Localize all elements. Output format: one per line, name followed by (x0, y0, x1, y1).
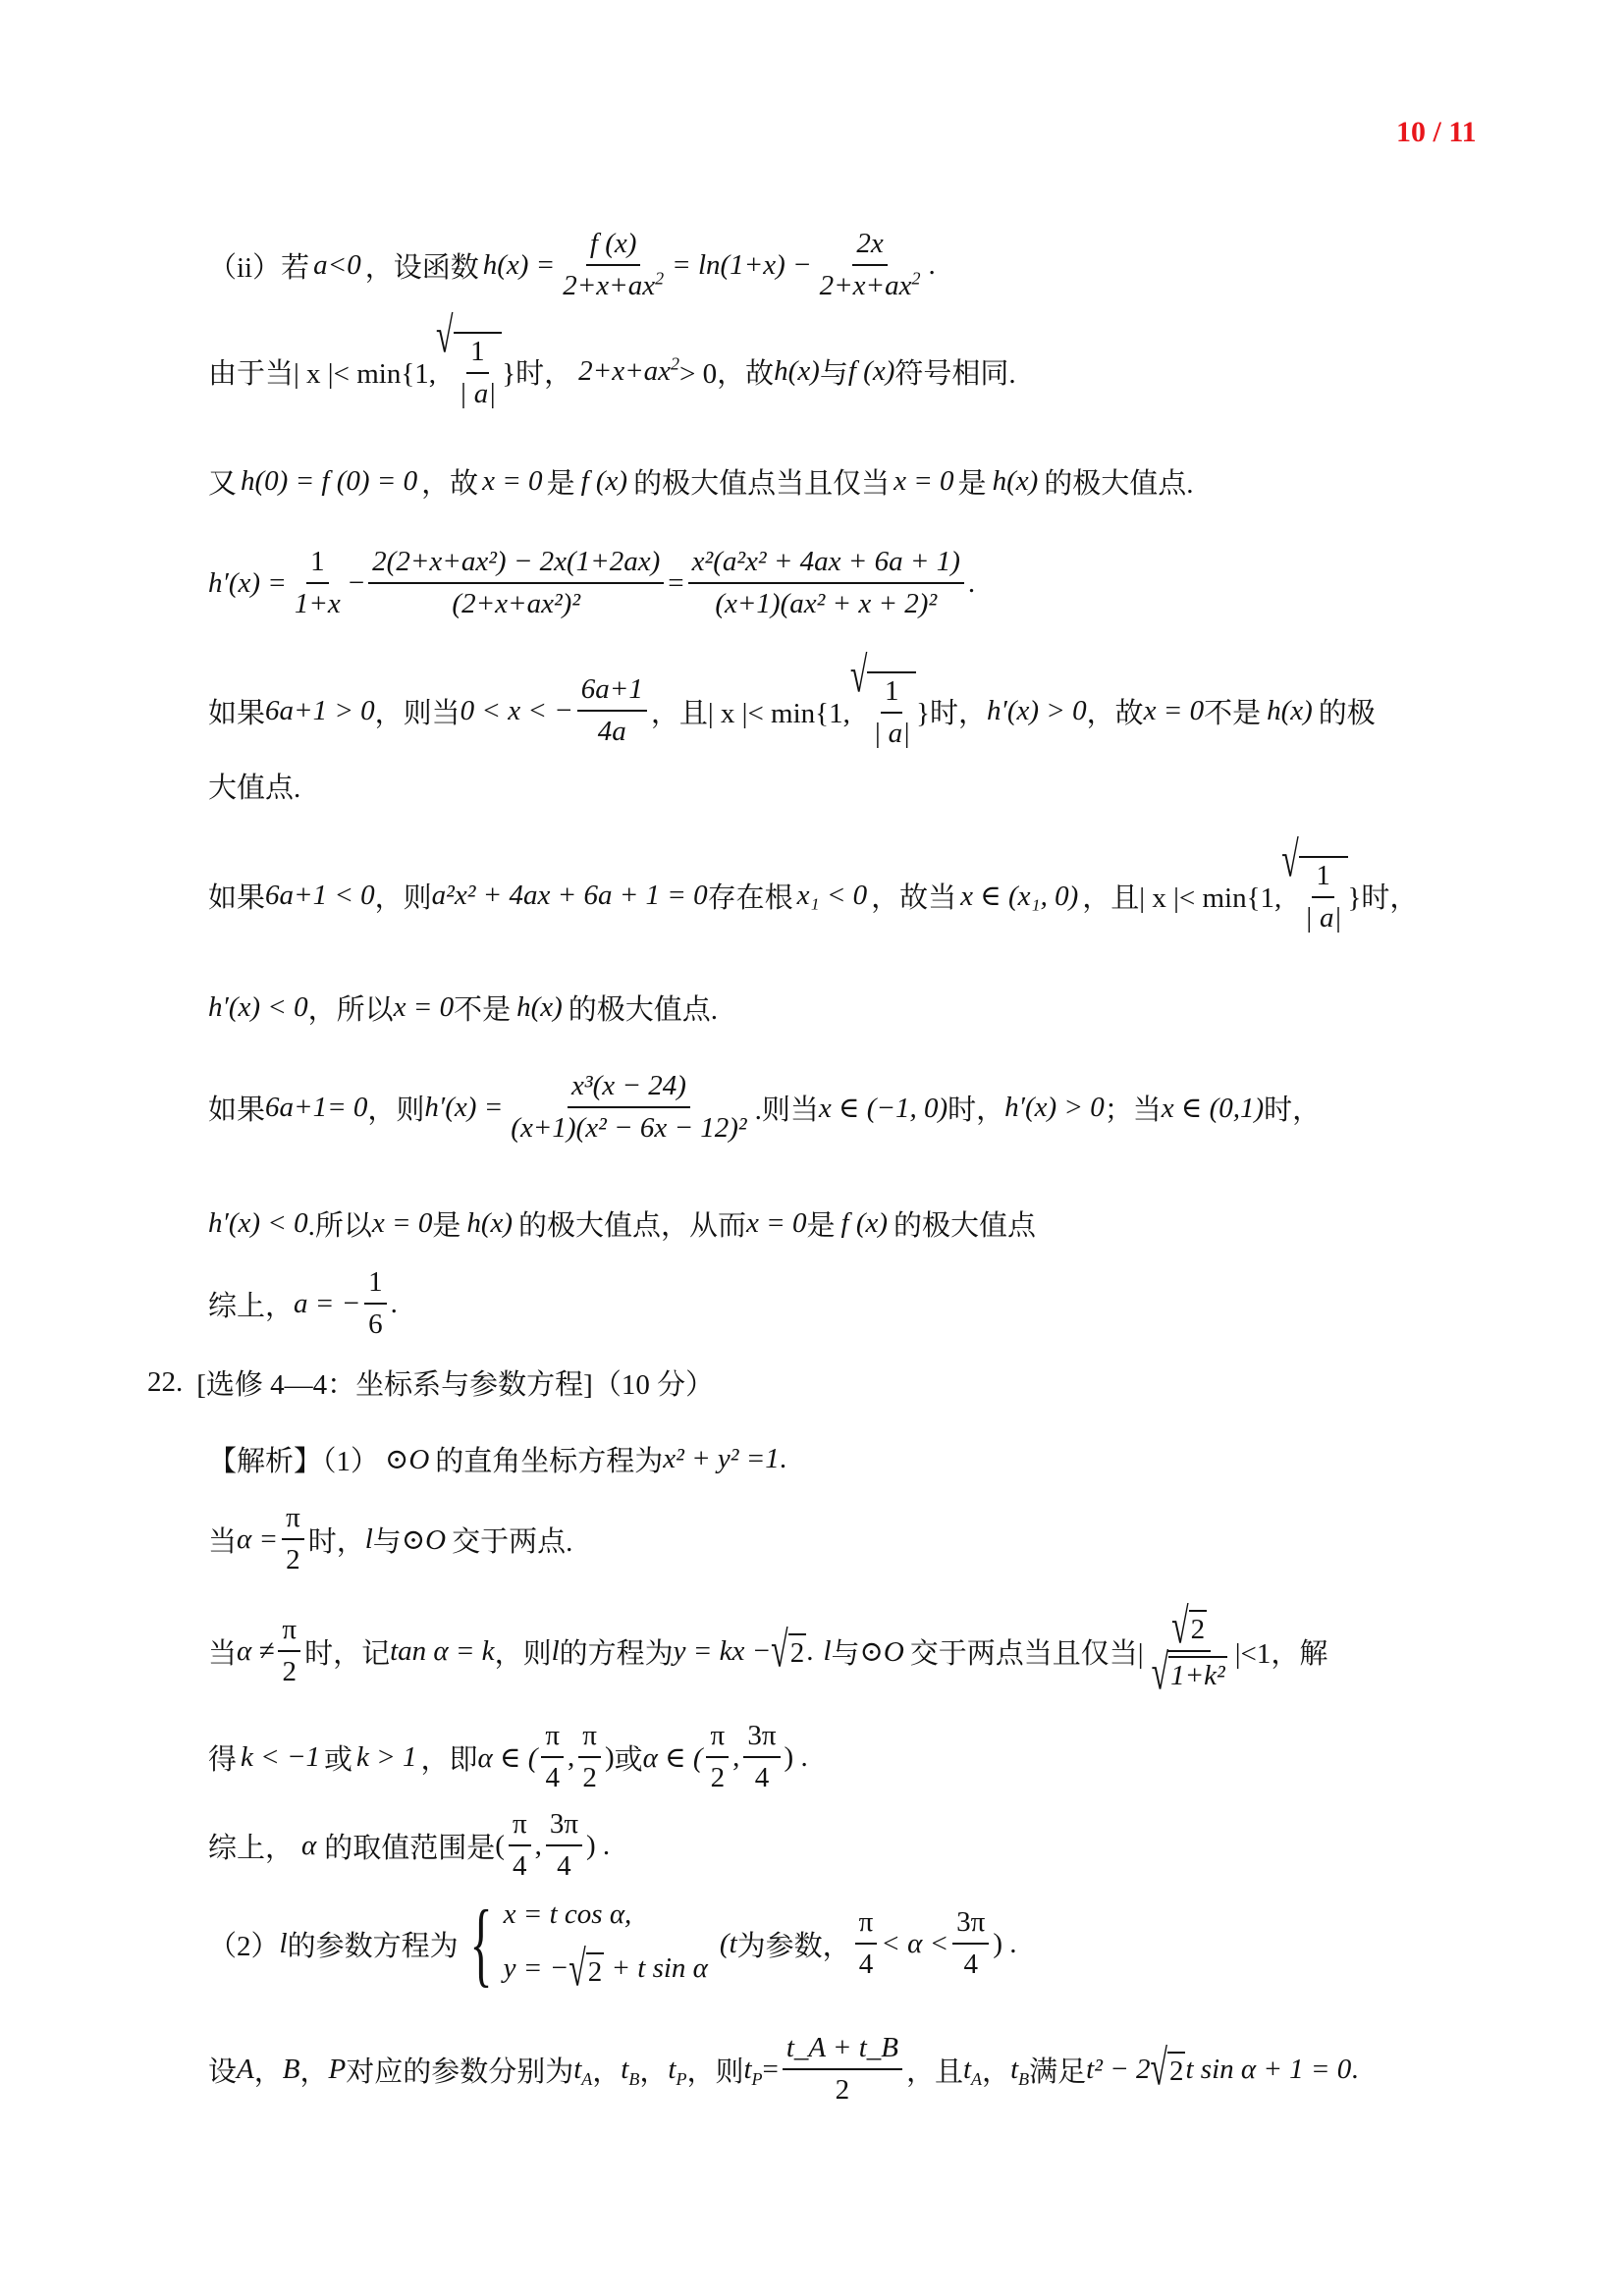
numerator: 2x (852, 228, 887, 266)
line-part1-equation: 【解析】（1） ⊙O 的直角坐标方程为 x² + y² =1 . (208, 1439, 786, 1479)
math: f (x) (848, 355, 895, 388)
math: x ∈ (x₁, 0) (960, 879, 1078, 913)
text: ，设函数 (365, 245, 479, 286)
text: 不是 (1204, 691, 1261, 731)
page-number: 10 / 11 (1396, 116, 1477, 149)
math: α (301, 1830, 316, 1862)
text: 满足 (1029, 2050, 1086, 2090)
text: 或 (615, 1737, 643, 1778)
math: l (552, 1635, 560, 1668)
math: a²x² + 4ax + 6a + 1 = 0 (432, 880, 708, 912)
line-alpha-range: 综上， α 的取值范围是 ( π4 , 3π4 ) . (208, 1808, 610, 1884)
text: 如果 (208, 1088, 265, 1128)
text: ，即 (421, 1737, 478, 1778)
text: 时， (947, 1088, 1004, 1128)
text: 的极大值点 (893, 1203, 1036, 1244)
math: x ∈ (−1, 0) (819, 1091, 947, 1125)
text: ，且| x |< min{1, (651, 691, 850, 731)
math: < α < (881, 1928, 948, 1960)
math: f (x) (581, 465, 628, 498)
question-title: [选修 4—4：坐标系与参数方程]（10 分） (196, 1362, 714, 1403)
math: h′(x) = (208, 567, 287, 600)
text: 又 (208, 461, 237, 502)
fraction: π 2 (282, 1502, 304, 1577)
text: 大值点. (208, 766, 300, 806)
line-case-negative-conclusion: h′(x) < 0 ，所以 x = 0 不是 h(x) 的极大值点. (208, 988, 718, 1028)
math: x₁ < 0 (797, 880, 868, 912)
text: （2） (208, 1924, 280, 1964)
fraction: 1 6 (364, 1266, 387, 1342)
math: f (x) (841, 1207, 889, 1240)
fraction: x²(a²x² + 4ax + 6a + 1) (x+1)(ax² + x + … (688, 546, 964, 621)
line-derivative: h′(x) = 1 1+x − 2(2+x+ax²) − 2x(1+2ax) (… (208, 546, 975, 621)
numerator: f (x) (586, 228, 641, 266)
text: ；当 (1105, 1088, 1162, 1128)
text: . (391, 1288, 398, 1320)
question-number: 22. (147, 1366, 183, 1399)
text: }时， (1348, 876, 1419, 916)
text: 的极大值点. (568, 988, 718, 1028)
text: 当 (208, 1631, 237, 1672)
text: 或 (324, 1737, 352, 1778)
math: k < −1 (241, 1741, 320, 1774)
fraction: 2x 2+x+ax2 (816, 228, 925, 303)
text: > 0，故 (679, 351, 774, 392)
text: 是 (958, 461, 987, 502)
text: 由于当| x |< min{1, (208, 351, 436, 392)
text: 对应的参数分别为 (346, 2050, 573, 2090)
text: .则当 (755, 1088, 819, 1128)
sqrt: √ 1 | a| (1281, 856, 1347, 935)
math: tA (963, 2054, 982, 2086)
text: 的极大值点. (1044, 461, 1193, 502)
math: P (328, 2054, 346, 2086)
text: 【解析】（1） (208, 1439, 379, 1479)
fraction: 3π4 (743, 1720, 780, 1795)
math: α ∈ ( (478, 1740, 538, 1775)
math: 0 < x < − (460, 695, 573, 727)
math: h(x) (993, 465, 1039, 498)
math: tB (1010, 2054, 1029, 2086)
text: 与 (373, 1520, 402, 1560)
math: x ∈ (0,1) (1162, 1091, 1264, 1125)
sqrt: √ 1 | a| (436, 332, 502, 411)
math: h′(x) > 0 (987, 695, 1087, 727)
text: 的极 (1319, 691, 1376, 731)
math: A (237, 2054, 254, 2086)
text: 时，记 (304, 1631, 390, 1672)
line-case-zero-conclusion: h′(x) < 0 .所以 x = 0 是 h(x) 的极大值点，从而 x = … (208, 1203, 1036, 1244)
math: l (280, 1928, 288, 1960)
text: 综上， (208, 1826, 294, 1866)
math: ⊙O (860, 1634, 904, 1669)
text: 当 (208, 1520, 237, 1560)
text: . (968, 567, 975, 600)
question-22-header: 22. [选修 4—4：坐标系与参数方程]（10 分） (147, 1362, 714, 1403)
math: ⊙O (402, 1522, 446, 1557)
text: 的直角坐标方程为 (435, 1439, 663, 1479)
math: h′(x) < 0 (208, 991, 308, 1024)
math: tB (621, 2054, 639, 2086)
fraction: √2 √1+k² (1148, 1610, 1231, 1693)
text: ) . (785, 1741, 808, 1774)
fraction: f (x) 2+x+ax2 (559, 228, 668, 303)
text: ，故当 (871, 876, 956, 916)
text: ，故 (421, 461, 478, 502)
text: 不是 (454, 988, 511, 1028)
math: 6a+1 < 0 (265, 880, 375, 912)
text: （ii）若 (208, 245, 309, 286)
text: . (928, 249, 935, 282)
math: x = 0 (1144, 695, 1204, 727)
math: h(0) = f (0) = 0 (241, 465, 417, 498)
sqrt: √2 (771, 1633, 806, 1670)
fraction: π2 (706, 1720, 729, 1795)
sqrt: √2 (1150, 2052, 1185, 2088)
denominator: 2+x+ax2 (816, 266, 925, 302)
text: ，且| x |< min{1, (1082, 876, 1281, 916)
math: (t (720, 1928, 737, 1960)
text: ) . (586, 1830, 610, 1862)
text: 符号相同. (894, 351, 1015, 392)
fraction: 1 1+x (291, 546, 345, 621)
fraction: 2(2+x+ax²) − 2x(1+2ax) (2+x+ax²)² (368, 546, 664, 621)
text: 综上， (208, 1284, 294, 1324)
sqrt: √ 1 | a| (850, 671, 916, 751)
line-parametric-equation: （2） l 的参数方程为 { x = t cos α, y = −√2 + t … (208, 1896, 1017, 1991)
math: h(x) = (483, 249, 556, 282)
fraction: π2 (578, 1720, 601, 1795)
math: α ∈ ( (643, 1740, 703, 1775)
math: − (349, 567, 364, 600)
text: 交于两点. (452, 1520, 572, 1560)
math: h′(x) = (424, 1092, 503, 1124)
line-parameter-roots: 设 A ， B ， P 对应的参数分别为 tA ， tB ， tP ，则 tP … (208, 2032, 1359, 2108)
math: x = 0 (394, 991, 454, 1024)
text: 得 (208, 1737, 237, 1778)
fraction: 1 | a| (456, 336, 501, 411)
fraction: t_A + t_B2 (783, 2032, 902, 2108)
math: l (365, 1523, 373, 1556)
math: a = − (294, 1288, 360, 1320)
line-maximum-equivalence: 又 h(0) = f (0) = 0 ，故 x = 0 是 f (x) 的极大值… (208, 461, 1194, 502)
line-case-zero: 如果 6a+1= 0 ，则 h′(x) = x³(x − 24) (x+1)(x… (208, 1070, 1321, 1146)
text: 是 (807, 1203, 836, 1244)
math: x = 0 (893, 465, 953, 498)
text: 如果 (208, 691, 265, 731)
fraction: π4 (855, 1906, 878, 1982)
line-sign-equivalence: 由于当| x |< min{1, √ 1 | a| }时， 2+x+ax2 > … (208, 332, 1016, 411)
math: tP (668, 2054, 686, 2086)
text: ，则当 (375, 691, 460, 731)
math: ⊙O (385, 1442, 429, 1476)
text: 是 (547, 461, 575, 502)
text: ，则 (375, 876, 432, 916)
math: tP (743, 2054, 762, 2086)
math: α = (237, 1523, 278, 1556)
math: y = kx − (674, 1635, 772, 1668)
text: 设 (208, 2050, 237, 2090)
math: h(x) (466, 1207, 513, 1240)
math: h(x) (516, 991, 563, 1024)
text: 的取值范围是 (324, 1826, 495, 1866)
fraction: π 2 (278, 1614, 300, 1689)
text: ) . (993, 1928, 1016, 1960)
fraction: 6a+1 4a (577, 673, 647, 749)
text: 的参数方程为 (288, 1924, 459, 1964)
text: . (806, 1635, 813, 1668)
math: 6a+1= 0 (265, 1092, 367, 1124)
text: 为参数， (737, 1924, 851, 1964)
math: tA (573, 2054, 592, 2086)
text: 时， (1264, 1088, 1321, 1128)
math: h′(x) < 0 (208, 1207, 308, 1240)
math: α ≠ (237, 1635, 274, 1668)
fraction: 1 | a| (1301, 860, 1346, 935)
line-case-positive: 如果 6a+1 > 0 ，则当 0 < x < − 6a+1 4a ，且| x … (208, 671, 1376, 751)
line-k-range: 得 k < −1 或 k > 1 ，即 α ∈ ( π4 , π2 ) 或 α … (208, 1720, 808, 1795)
text: ，所以 (308, 988, 394, 1028)
line-ii-definition: （ii）若 a<0 ，设函数 h(x) = f (x) 2+x+ax2 = ln… (208, 228, 936, 303)
math: t sin α + 1 = 0 (1185, 2054, 1351, 2086)
equation-system: x = t cos α, y = −√2 + t sin α (504, 1898, 708, 1989)
text: 与 (820, 351, 848, 392)
math: B (283, 2054, 300, 2086)
line-case-negative: 如果 6a+1 < 0 ，则 a²x² + 4ax + 6a + 1 = 0 存… (208, 856, 1418, 935)
fraction: 3π4 (546, 1808, 582, 1884)
math: k > 1 (356, 1741, 416, 1774)
math: = ln(1+x) − (672, 249, 811, 282)
text: 与 (832, 1631, 860, 1672)
math: l (823, 1635, 831, 1668)
math: 2+x+ax2 (578, 355, 679, 388)
math: tan α = k (390, 1635, 494, 1668)
math: h(x) (774, 355, 820, 388)
math: x = 0 (372, 1207, 432, 1240)
math: x = 0 (746, 1207, 806, 1240)
math: h′(x) > 0 (1004, 1092, 1105, 1124)
math: 6a+1 > 0 (265, 695, 375, 727)
fraction: π4 (509, 1808, 531, 1884)
line-alpha-not-half-pi: 当 α ≠ π 2 时，记 tan α = k ，则 l 的方程为 y = kx… (208, 1610, 1327, 1693)
text: 的极大值点，从而 (518, 1203, 746, 1244)
left-brace: { (469, 1896, 492, 1991)
math: = (668, 567, 683, 600)
text: . (780, 1443, 786, 1475)
text: }时， (502, 351, 572, 392)
fraction: x³(x − 24) (x+1)(x² − 6x − 12)² (507, 1070, 750, 1146)
text: ，则 (495, 1631, 552, 1672)
text: .所以 (308, 1203, 372, 1244)
fraction: 1 | a| (869, 675, 914, 751)
text: 交于两点当且仅当| (910, 1631, 1144, 1672)
fraction: π4 (541, 1720, 564, 1795)
denominator: 2+x+ax2 (559, 266, 668, 302)
math: a<0 (313, 249, 361, 282)
line-case-positive-cont: 大值点. (208, 766, 300, 806)
text: |<1，解 (1235, 1631, 1328, 1672)
text: 的方程为 (560, 1631, 674, 1672)
text: ，故 (1087, 691, 1144, 731)
text: 如果 (208, 876, 265, 916)
math: t² − 2 (1086, 2054, 1150, 2086)
text: 存在根 (708, 876, 793, 916)
line-summary-a: 综上， a = − 1 6 . (208, 1266, 398, 1342)
text: 是 (432, 1203, 460, 1244)
text: ，则 (367, 1088, 424, 1128)
text: 时， (308, 1520, 365, 1560)
line-alpha-half-pi: 当 α = π 2 时， l 与 ⊙O 交于两点. (208, 1502, 572, 1577)
text: }时， (916, 691, 987, 731)
math: x² + y² =1 (663, 1443, 780, 1475)
text: 的极大值点当且仅当 (633, 461, 890, 502)
fraction: 3π4 (952, 1906, 989, 1982)
math: x = 0 (482, 465, 542, 498)
math: h(x) (1267, 695, 1313, 727)
